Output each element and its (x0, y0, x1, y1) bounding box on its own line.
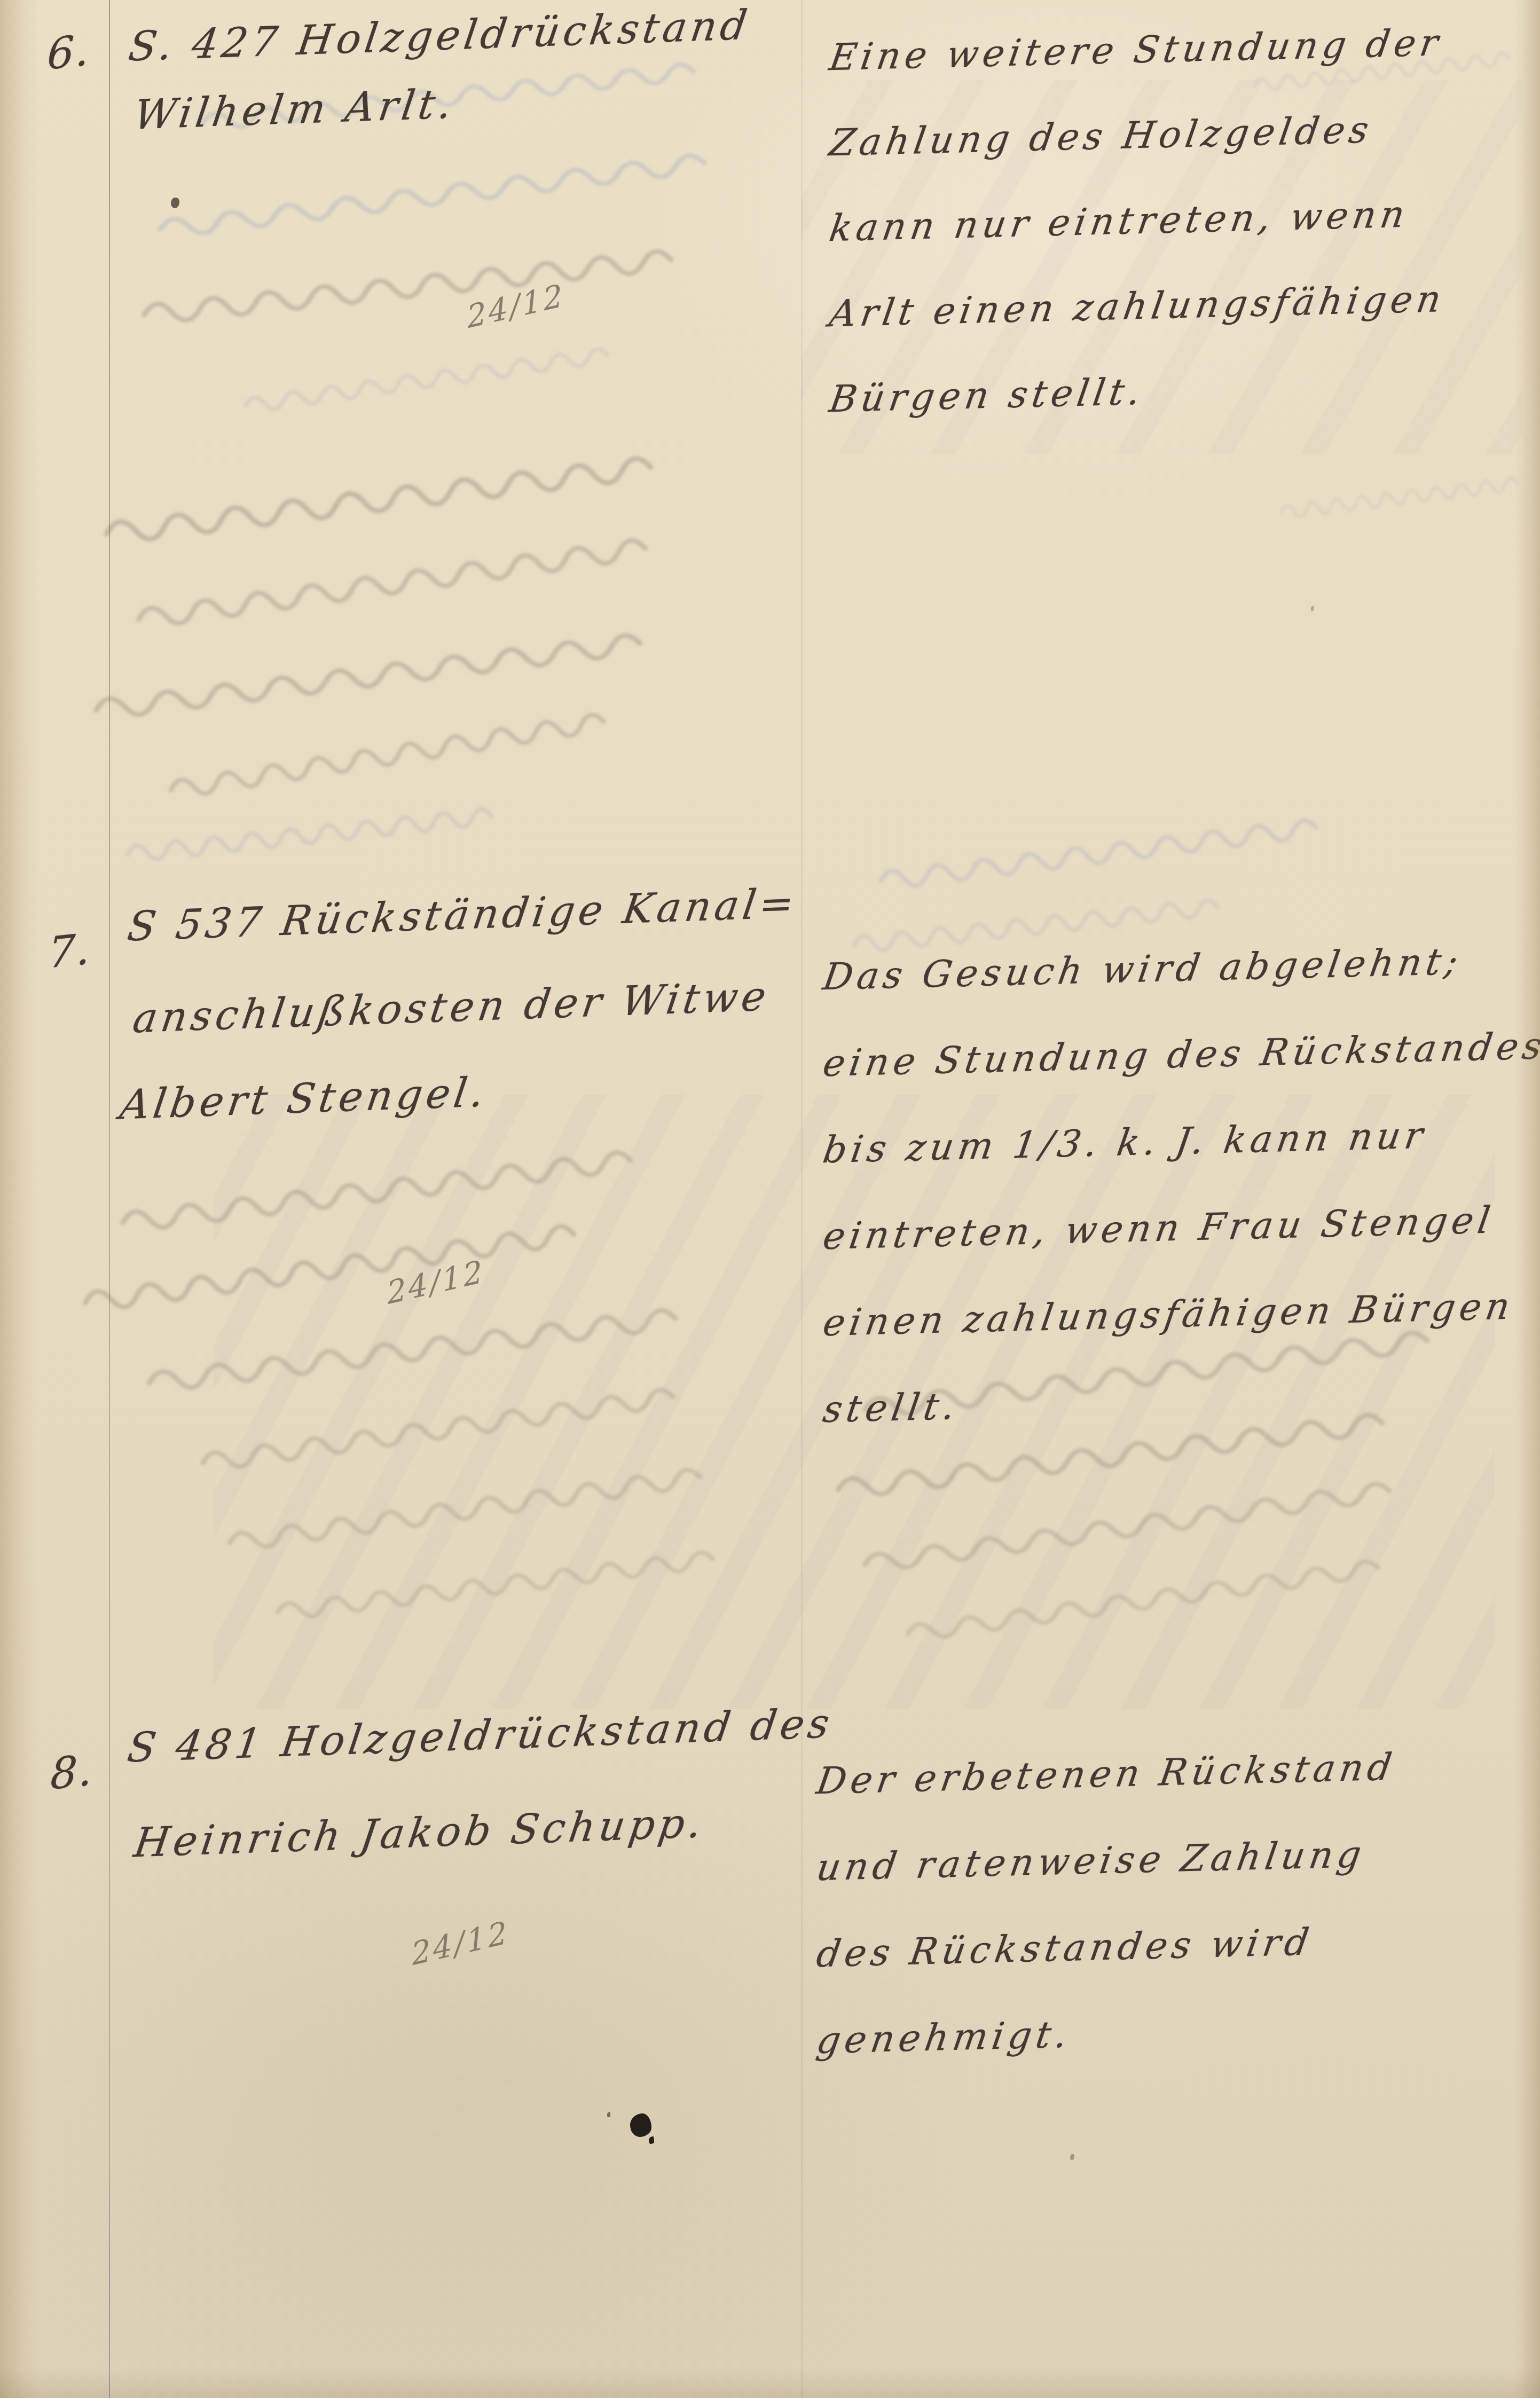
entry-number: 8. (50, 1745, 94, 1799)
entry-number: 6. (46, 25, 91, 80)
manuscript-page: 6. S. 427 Holzgeldrückstand Wilhelm Arlt… (0, 0, 1540, 2398)
entry-decision-line: stellt. (820, 1385, 962, 1432)
margin-rule-line (109, 0, 110, 2398)
binding-edge-shadow (0, 0, 38, 2398)
page-edge-shadow (1514, 0, 1540, 2398)
page-bottom-shadow (0, 2368, 1540, 2398)
bleed-through-ghost-writing (0, 0, 1540, 2398)
entry-decision-line: Bürgen stellt. (827, 371, 1148, 421)
entry-decision-line: genehmigt. (814, 2013, 1074, 2062)
entry-number: 7. (48, 924, 92, 978)
ink-blot (630, 2113, 651, 2137)
center-fold-crease (801, 0, 803, 2398)
